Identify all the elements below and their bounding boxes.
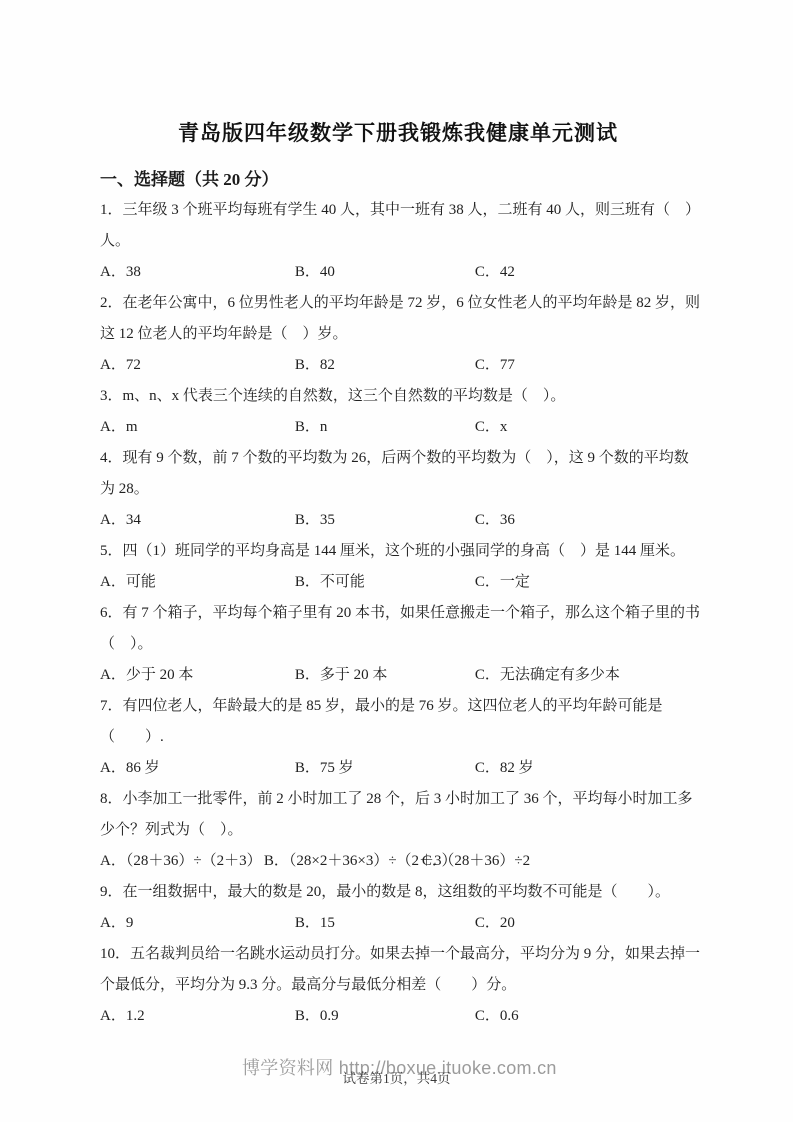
question-8-option-B: B．（28×2＋36×3）÷（2＋3）: [264, 846, 422, 877]
question-10-option-C: C．0.6: [475, 1001, 696, 1032]
question-9-line-1: 9．在一组数据中，最大的数是 20，最小的数是 8，这组数的平均数不可能是（ ）…: [100, 877, 696, 908]
question-2-option-A: A．72: [100, 350, 295, 381]
question-7-option-B: B．75 岁: [295, 753, 475, 784]
question-9-option-A: A．9: [100, 908, 295, 939]
question-8-options: A．（28＋36）÷（2＋3）B．（28×2＋36×3）÷（2＋3）C．（28＋…: [100, 846, 696, 877]
question-8-option-C: C．（28＋36）÷2: [422, 846, 696, 877]
questions-list: 1．三年级 3 个班平均每班有学生 40 人，其中一班有 38 人，二班有 40…: [100, 195, 696, 1032]
question-1-line-2: 人。: [100, 226, 696, 257]
question-6-option-B: B．多于 20 本: [295, 660, 475, 691]
question-2-options: A．72B．82C．77: [100, 350, 696, 381]
question-4-option-A: A．34: [100, 505, 295, 536]
question-10-options: A．1.2B．0.9C．0.6: [100, 1001, 696, 1032]
question-6-line-1: 6．有 7 个箱子，平均每个箱子里有 20 本书，如果任意搬走一个箱子，那么这个…: [100, 598, 696, 629]
question-5-options: A．可能B．不可能C．一定: [100, 567, 696, 598]
question-8: 8．小李加工一批零件，前 2 小时加工了 28 个，后 3 小时加工了 36 个…: [100, 784, 696, 877]
question-6: 6．有 7 个箱子，平均每个箱子里有 20 本书，如果任意搬走一个箱子，那么这个…: [100, 598, 696, 691]
section-heading: 一、选择题（共 20 分）: [100, 164, 696, 195]
question-3-option-B: B．n: [295, 412, 475, 443]
question-10-line-2: 个最低分，平均分为 9.3 分。最高分与最低分相差（ ）分。: [100, 970, 696, 1001]
question-4-options: A．34B．35C．36: [100, 505, 696, 536]
question-6-options: A．少于 20 本B．多于 20 本C．无法确定有多少本: [100, 660, 696, 691]
question-10: 10．五名裁判员给一名跳水运动员打分。如果去掉一个最高分，平均分为 9 分，如果…: [100, 939, 696, 1032]
question-7-option-A: A．86 岁: [100, 753, 295, 784]
question-10-option-B: B．0.9: [295, 1001, 475, 1032]
question-5: 5．四（1）班同学的平均身高是 144 厘米，这个班的小强同学的身高（ ）是 1…: [100, 536, 696, 598]
question-5-option-B: B．不可能: [295, 567, 475, 598]
question-8-option-A: A．（28＋36）÷（2＋3）: [100, 846, 264, 877]
question-10-option-A: A．1.2: [100, 1001, 295, 1032]
question-6-option-A: A．少于 20 本: [100, 660, 295, 691]
question-5-option-C: C．一定: [475, 567, 696, 598]
question-9-options: A．9B．15C．20: [100, 908, 696, 939]
question-8-line-2: 少个？列式为（ ）。: [100, 815, 696, 846]
question-4-option-B: B．35: [295, 505, 475, 536]
question-9: 9．在一组数据中，最大的数是 20，最小的数是 8，这组数的平均数不可能是（ ）…: [100, 877, 696, 939]
question-3-line-1: 3．m、n、x 代表三个连续的自然数，这三个自然数的平均数是（ ）。: [100, 381, 696, 412]
question-4: 4．现有 9 个数，前 7 个数的平均数为 26，后两个数的平均数为（ ），这 …: [100, 443, 696, 536]
question-5-option-A: A．可能: [100, 567, 295, 598]
question-1: 1．三年级 3 个班平均每班有学生 40 人，其中一班有 38 人，二班有 40…: [100, 195, 696, 288]
question-9-option-B: B．15: [295, 908, 475, 939]
question-8-line-1: 8．小李加工一批零件，前 2 小时加工了 28 个，后 3 小时加工了 36 个…: [100, 784, 696, 815]
question-3: 3．m、n、x 代表三个连续的自然数，这三个自然数的平均数是（ ）。A．mB．n…: [100, 381, 696, 443]
question-3-option-A: A．m: [100, 412, 295, 443]
question-3-options: A．mB．nC．x: [100, 412, 696, 443]
question-2-option-B: B．82: [295, 350, 475, 381]
question-9-option-C: C．20: [475, 908, 696, 939]
question-1-option-B: B．40: [295, 257, 475, 288]
question-10-line-1: 10．五名裁判员给一名跳水运动员打分。如果去掉一个最高分，平均分为 9 分，如果…: [100, 939, 696, 970]
question-4-line-1: 4．现有 9 个数，前 7 个数的平均数为 26，后两个数的平均数为（ ），这 …: [100, 443, 696, 474]
question-7-line-2: （ ）.: [100, 722, 696, 753]
paper-content: 青岛版四年级数学下册我锻炼我健康单元测试 一、选择题（共 20 分） 1．三年级…: [100, 116, 696, 1032]
question-7-option-C: C．82 岁: [475, 753, 696, 784]
page-number-label: 试卷第1页，共4页: [0, 1068, 793, 1090]
question-1-line-1: 1．三年级 3 个班平均每班有学生 40 人，其中一班有 38 人，二班有 40…: [100, 195, 696, 226]
question-2-line-2: 这 12 位老人的平均年龄是（ ）岁。: [100, 319, 696, 350]
question-2-option-C: C．77: [475, 350, 696, 381]
question-4-option-C: C．36: [475, 505, 696, 536]
question-1-option-C: C．42: [475, 257, 696, 288]
question-7-line-1: 7．有四位老人，年龄最大的是 85 岁，最小的是 76 岁。这四位老人的平均年龄…: [100, 691, 696, 722]
question-6-line-2: （ ）。: [100, 629, 696, 660]
question-4-line-2: 为 28。: [100, 474, 696, 505]
question-2-line-1: 2．在老年公寓中，6 位男性老人的平均年龄是 72 岁，6 位女性老人的平均年龄…: [100, 288, 696, 319]
question-5-line-1: 5．四（1）班同学的平均身高是 144 厘米，这个班的小强同学的身高（ ）是 1…: [100, 536, 696, 567]
question-1-options: A．38B．40C．42: [100, 257, 696, 288]
question-7: 7．有四位老人，年龄最大的是 85 岁，最小的是 76 岁。这四位老人的平均年龄…: [100, 691, 696, 784]
question-3-option-C: C．x: [475, 412, 696, 443]
question-7-options: A．86 岁B．75 岁C．82 岁: [100, 753, 696, 784]
question-2: 2．在老年公寓中，6 位男性老人的平均年龄是 72 岁，6 位女性老人的平均年龄…: [100, 288, 696, 381]
test-paper-page: 青岛版四年级数学下册我锻炼我健康单元测试 一、选择题（共 20 分） 1．三年级…: [0, 0, 793, 1122]
question-1-option-A: A．38: [100, 257, 295, 288]
paper-title: 青岛版四年级数学下册我锻炼我健康单元测试: [100, 116, 696, 150]
question-6-option-C: C．无法确定有多少本: [475, 660, 696, 691]
